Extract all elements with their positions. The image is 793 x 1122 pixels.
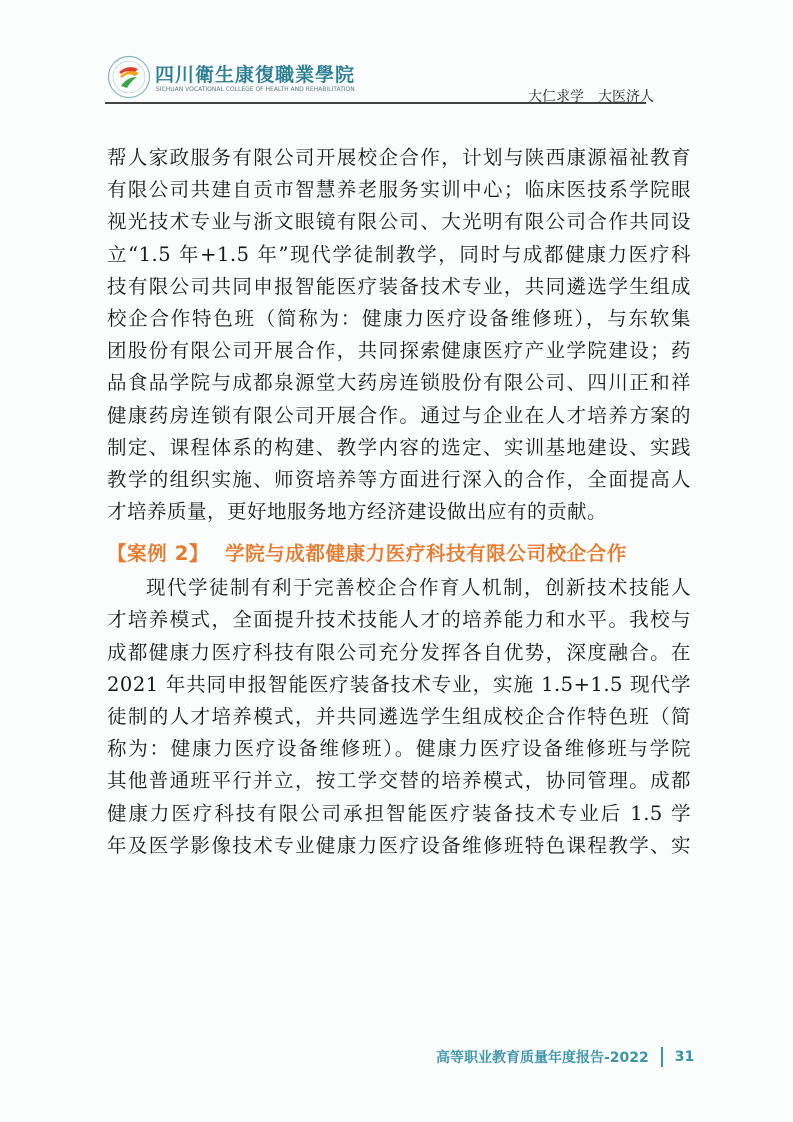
school-name-en: SICHUAN VOCATIONAL COLLEGE OF HEALTH AND…: [156, 86, 355, 93]
text-line: 教学的组织实施、师资培养等方面进行深入的合作，全面提高人: [107, 464, 691, 496]
text-line: 徒制的人才培养模式，并共同遴选学生组成校企合作特色班（简: [107, 701, 691, 733]
paragraph-2: 现代学徒制有利于完善校企合作育人机制，创新技术技能人 才培养模式，全面提升技术技…: [107, 572, 691, 862]
text-line: 2021 年共同申报智能医疗装备技术专业，实施 1.5+1.5 现代学: [107, 669, 691, 701]
text-line: 才培养质量，更好地服务地方经济建设做出应有的贡献。: [107, 496, 691, 528]
text-line: 视光技术专业与浙文眼镜有限公司、大光明有限公司合作共同设: [107, 206, 691, 238]
text-line: 品食品学院与成都泉源堂大药房连锁股份有限公司、四川正和祥: [107, 367, 691, 399]
text-line: 校企合作特色班（简称为：健康力医疗设备维修班），与东软集: [107, 303, 691, 335]
school-motto: 大仁求学 大医济人: [528, 86, 654, 106]
text-line: 称为：健康力医疗设备维修班）。健康力医疗设备维修班与学院: [107, 733, 691, 765]
text-line: 团股份有限公司开展合作，共同探索健康医疗产业学院建设；药: [107, 335, 691, 367]
footer-divider: [661, 1047, 663, 1067]
case-label: 【案例 2】: [107, 542, 209, 565]
text-line: 成都健康力医疗科技有限公司充分发挥各自优势，深度融合。在: [107, 637, 691, 669]
text-line: 制定、课程体系的构建、教学内容的选定、实训基地建设、实践: [107, 432, 691, 464]
case-title: 学院与成都健康力医疗科技有限公司校企合作: [225, 542, 627, 565]
school-emblem-icon: [107, 55, 151, 99]
report-title: 高等职业教育质量年度报告-2022: [436, 1047, 649, 1067]
text-line: 帮人家政服务有限公司开展校企合作，计划与陕西康源福祉教育: [107, 142, 691, 174]
text-line: 现代学徒制有利于完善校企合作育人机制，创新技术技能人: [107, 572, 691, 604]
text-line: 其他普通班平行并立，按工学交替的培养模式，协同管理。成都: [107, 765, 691, 797]
text-line: 有限公司共建自贡市智慧养老服务实训中心；临床医技系学院眼: [107, 174, 691, 206]
text-line: 立“1.5 年+1.5 年”现代学徒制教学，同时与成都健康力医疗科: [107, 239, 691, 271]
page-footer: 高等职业教育质量年度报告-2022 31: [436, 1047, 694, 1067]
text-line: 健康力医疗科技有限公司承担智能医疗装备技术专业后 1.5 学: [107, 798, 691, 830]
paragraph-1: 帮人家政服务有限公司开展校企合作，计划与陕西康源福祉教育 有限公司共建自贡市智慧…: [107, 142, 691, 528]
page-number: 31: [675, 1049, 694, 1065]
document-body: 帮人家政服务有限公司开展校企合作，计划与陕西康源福祉教育 有限公司共建自贡市智慧…: [107, 142, 691, 862]
case-heading: 【案例 2】学院与成都健康力医疗科技有限公司校企合作: [107, 536, 691, 572]
text-line: 才培养模式，全面提升技术技能人才的培养能力和水平。我校与: [107, 604, 691, 636]
text-line: 年及医学影像技术专业健康力医疗设备维修班特色课程教学、实: [107, 830, 691, 862]
school-name-cn: 四川衛生康復職業學院: [155, 60, 355, 87]
text-line: 技有限公司共同申报智能医疗装备技术专业，共同遴选学生组成: [107, 271, 691, 303]
text-line: 健康药房连锁有限公司开展合作。通过与企业在人才培养方案的: [107, 400, 691, 432]
